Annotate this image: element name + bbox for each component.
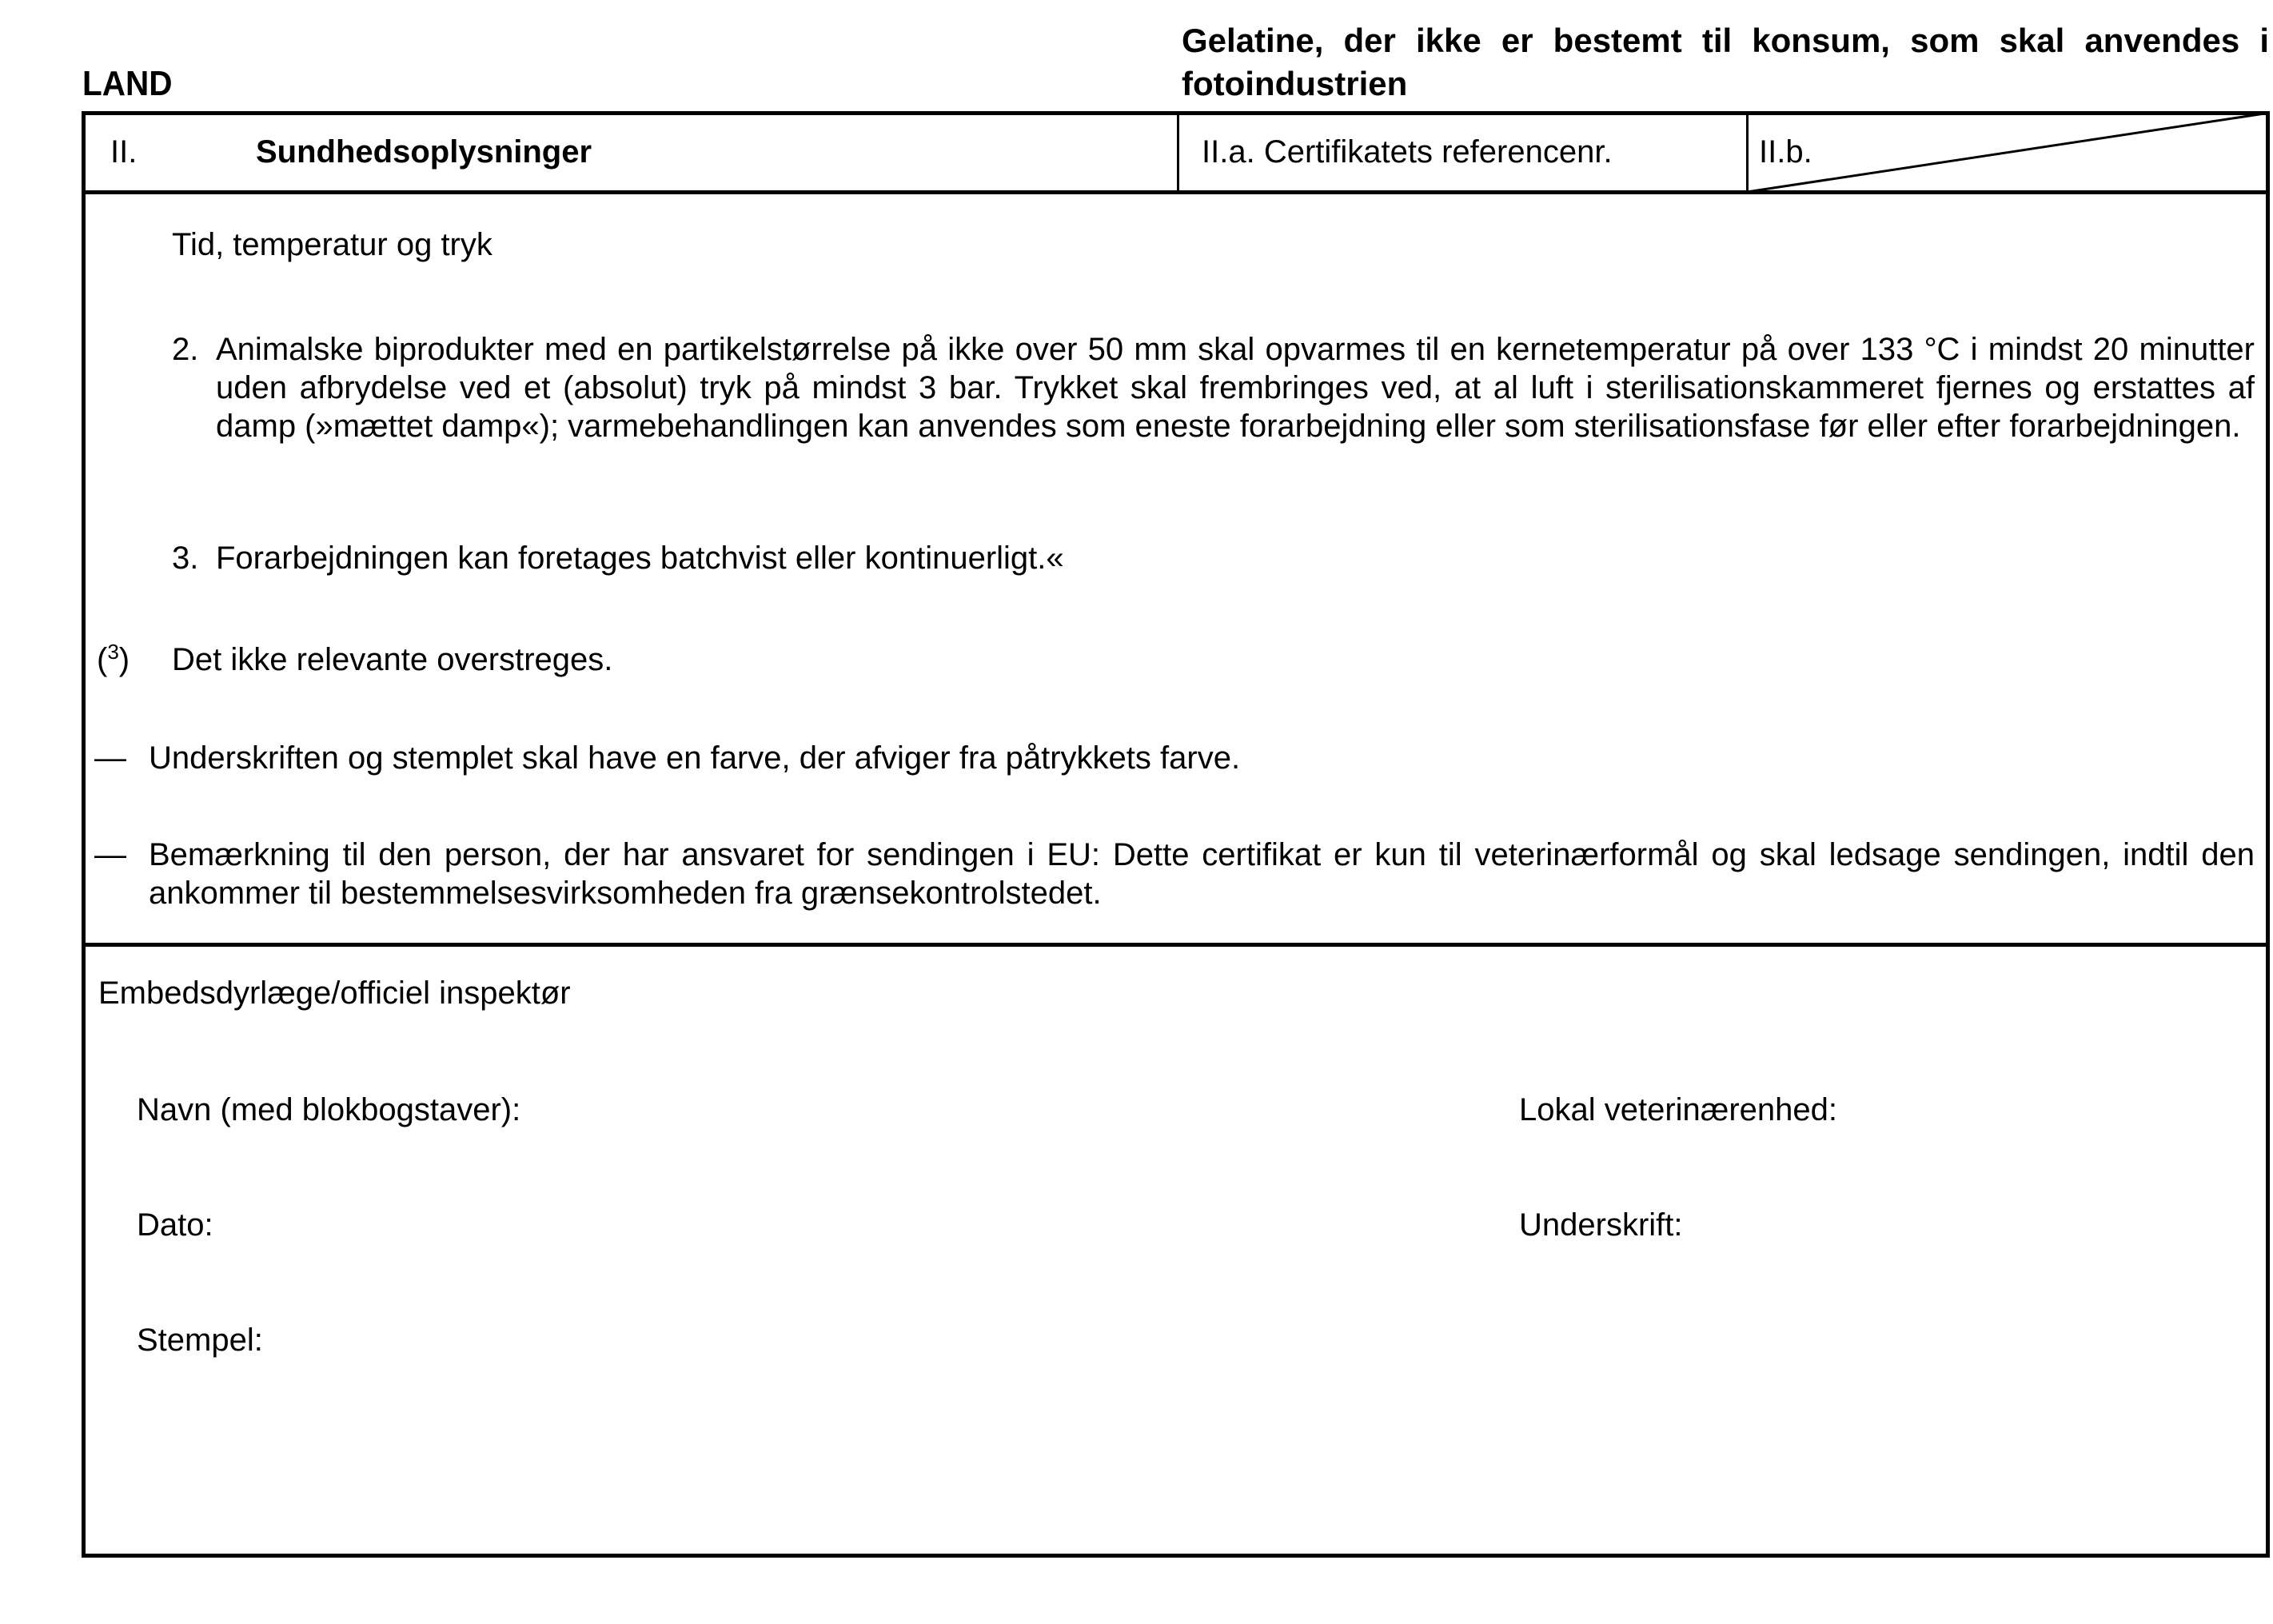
signature-section-divider	[82, 943, 2270, 947]
note-text-2: Bemærkning til den person, der har ansva…	[149, 836, 2255, 912]
name-field-label: Navn (med blokbogstaver):	[137, 1091, 520, 1129]
footnote-close-paren: )	[119, 642, 130, 677]
subheading-time-temp-pressure: Tid, temperatur og tryk	[172, 225, 492, 264]
iib-label: II.b.	[1759, 133, 1812, 171]
note-dash-1: —	[94, 739, 126, 777]
column-divider-1	[1177, 111, 1179, 194]
item-number-3: 3.	[172, 539, 198, 577]
item-text-3: Forarbejdningen kan foretages batchvist …	[216, 539, 1064, 577]
footnote-superscript: 3	[107, 640, 118, 664]
certificate-reference-label: II.a. Certifikatets referencenr.	[1202, 133, 1613, 171]
date-field-label: Dato:	[137, 1206, 213, 1244]
footnote-open-paren: (	[97, 642, 107, 677]
document-title: Gelatine, der ikke er bestemt til konsum…	[1182, 19, 2269, 106]
signature-heading: Embedsdyrlæge/officiel inspektør	[98, 974, 571, 1012]
country-label: LAND	[82, 64, 172, 104]
footnote-text: Det ikke relevante overstreges.	[172, 640, 612, 679]
item-text-2: Animalske biprodukter med en partikelstø…	[216, 330, 2255, 445]
section-title: Sundhedsoplysninger	[256, 133, 592, 171]
certificate-table	[82, 111, 2270, 1558]
note-dash-2: —	[94, 836, 126, 874]
note-text-1: Underskriften og stemplet skal have en f…	[149, 739, 1240, 777]
iib-strikethrough-diagonal	[1747, 111, 2270, 194]
item-number-2: 2.	[172, 330, 198, 369]
section-number: II.	[110, 133, 137, 171]
footnote-marker: (3)	[97, 640, 130, 682]
signature-field-label: Underskrift:	[1519, 1206, 1683, 1244]
local-vet-unit-label: Lokal veterinærenhed:	[1519, 1091, 1837, 1129]
stamp-field-label: Stempel:	[137, 1321, 263, 1359]
